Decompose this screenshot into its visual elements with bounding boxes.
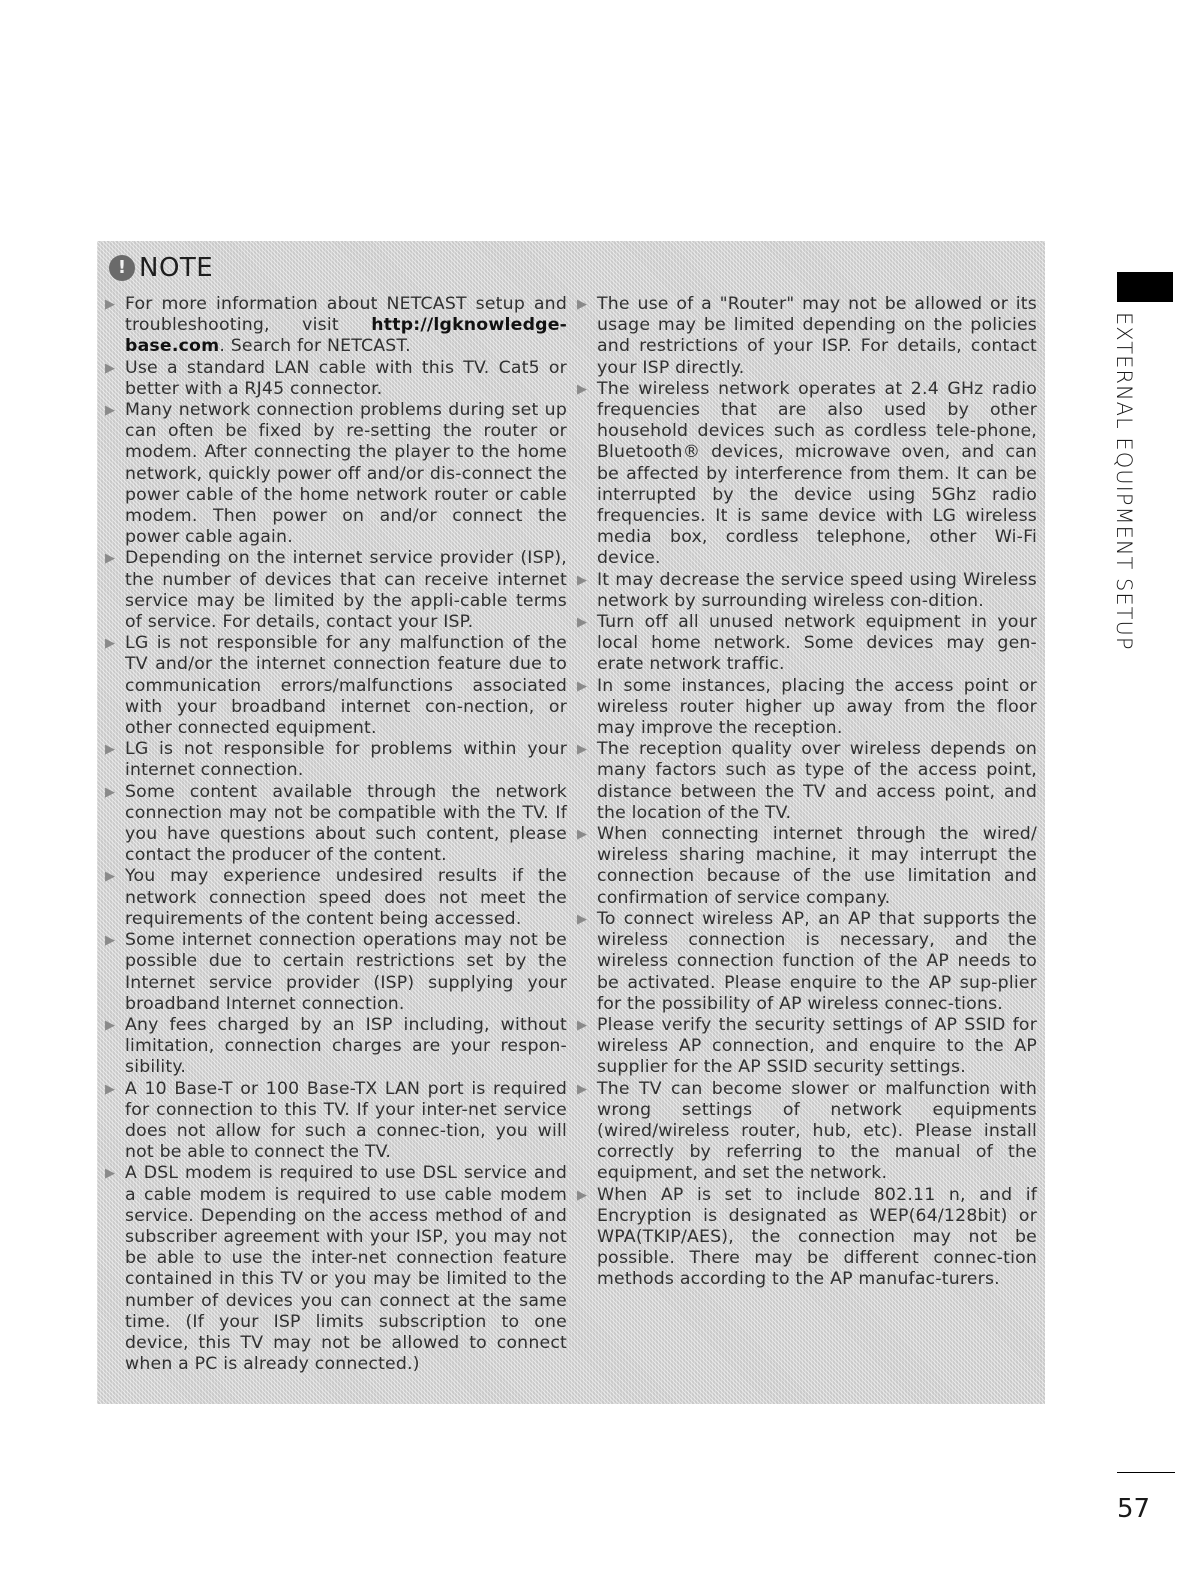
page-number: 57 [1117, 1494, 1150, 1524]
note-item: ▶ LG is not responsible for problems wit… [105, 739, 567, 781]
bullet-arrow-icon: ▶ [105, 930, 125, 951]
bullet-arrow-icon: ▶ [105, 633, 125, 654]
bullet-arrow-icon: ▶ [105, 1015, 125, 1036]
note-item: ▶ Depending on the internet service prov… [105, 548, 567, 633]
note-item: ▶ The wireless network operates at 2.4 G… [577, 379, 1037, 570]
note-item: ▶ In some instances, placing the access … [577, 676, 1037, 740]
note-item: ▶ You may experience undesired results i… [105, 866, 567, 930]
note-item: ▶ Please verify the security settings of… [577, 1015, 1037, 1079]
bullet-arrow-icon: ▶ [577, 739, 597, 760]
note-item: ▶ To connect wireless AP, an AP that sup… [577, 909, 1037, 1015]
bullet-arrow-icon: ▶ [105, 358, 125, 379]
note-box: ! NOTE ▶ For more information about NETC… [97, 241, 1045, 1404]
page-number-rule [1117, 1472, 1175, 1473]
bullet-arrow-icon: ▶ [105, 866, 125, 887]
bullet-arrow-icon: ▶ [105, 1079, 125, 1100]
note-item: ▶ The reception quality over wireless de… [577, 739, 1037, 824]
note-item: ▶ The use of a "Router" may not be allow… [577, 294, 1037, 379]
note-item: ▶ Some internet connection operations ma… [105, 930, 567, 1015]
section-label: EXTERNAL EQUIPMENT SETUP [1112, 312, 1136, 651]
exclamation-circle-icon: ! [109, 255, 135, 281]
note-item: ▶ LG is not responsible for any malfunct… [105, 633, 567, 739]
bullet-arrow-icon: ▶ [577, 824, 597, 845]
note-item: ▶ Use a standard LAN cable with this TV.… [105, 358, 567, 400]
note-header: ! NOTE [109, 253, 213, 283]
bullet-arrow-icon: ▶ [105, 400, 125, 421]
note-title: NOTE [139, 253, 213, 283]
note-item: ▶ When connecting internet through the w… [577, 824, 1037, 909]
bullet-arrow-icon: ▶ [577, 1015, 597, 1036]
note-item: ▶ When AP is set to include 802.11 n, an… [577, 1185, 1037, 1291]
note-item: ▶ It may decrease the service speed usin… [577, 570, 1037, 612]
bullet-arrow-icon: ▶ [577, 909, 597, 930]
bullet-arrow-icon: ▶ [577, 379, 597, 400]
bullet-arrow-icon: ▶ [105, 782, 125, 803]
bullet-arrow-icon: ▶ [105, 294, 125, 315]
note-item: ▶ Some content available through the net… [105, 782, 567, 867]
bullet-arrow-icon: ▶ [577, 1079, 597, 1100]
bullet-arrow-icon: ▶ [577, 294, 597, 315]
note-item: ▶ A 10 Base-T or 100 Base-TX LAN port is… [105, 1079, 567, 1164]
bullet-arrow-icon: ▶ [577, 612, 597, 633]
note-item: ▶ Turn off all unused network equipment … [577, 612, 1037, 676]
note-item: ▶ Any fees charged by an ISP including, … [105, 1015, 567, 1079]
bullet-arrow-icon: ▶ [577, 1185, 597, 1206]
bullet-arrow-icon: ▶ [105, 1163, 125, 1184]
note-item: ▶ Many network connection problems durin… [105, 400, 567, 548]
note-column-left: ▶ For more information about NETCAST set… [105, 294, 567, 1375]
bullet-arrow-icon: ▶ [577, 676, 597, 697]
note-item: ▶ The TV can become slower or malfunctio… [577, 1079, 1037, 1185]
note-item: ▶ A DSL modem is required to use DSL ser… [105, 1163, 567, 1375]
bullet-arrow-icon: ▶ [105, 548, 125, 569]
bullet-arrow-icon: ▶ [105, 739, 125, 760]
section-tab-marker [1117, 272, 1173, 302]
bullet-arrow-icon: ▶ [577, 570, 597, 591]
note-column-right: ▶ The use of a "Router" may not be allow… [577, 294, 1037, 1291]
note-item: ▶ For more information about NETCAST set… [105, 294, 567, 358]
